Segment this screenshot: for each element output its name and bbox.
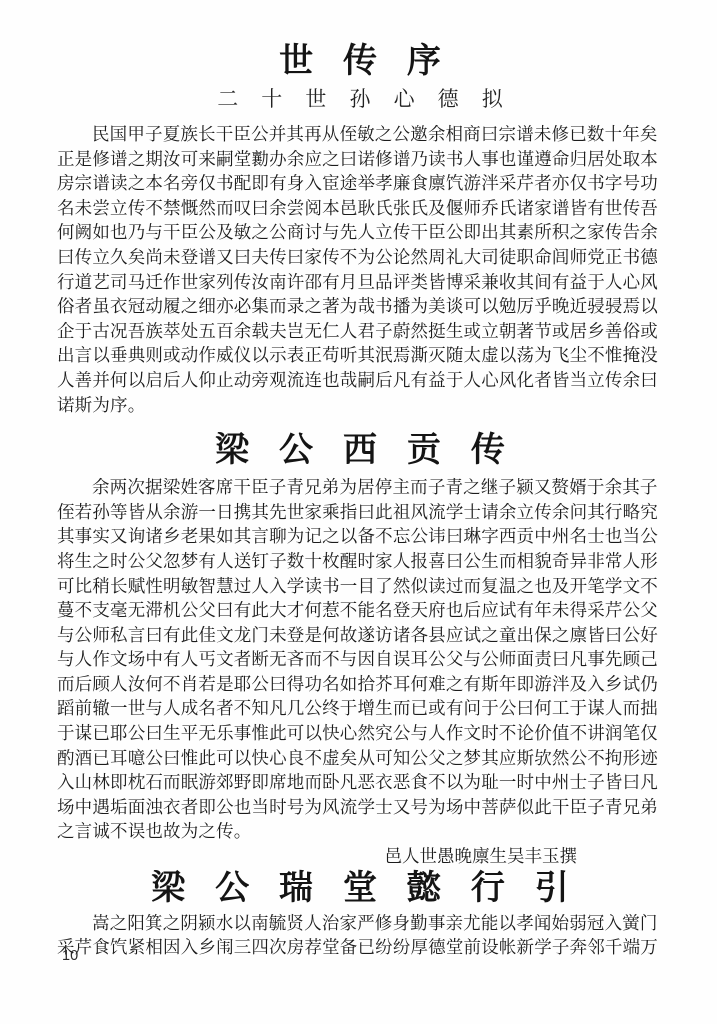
text-line: 何阙如也乃与干臣公及敏之公商讨与先人立传干臣公即出其素所积之家传告余 [57,220,663,245]
section-title-liang-gong-xi-gong-zhuan: 梁公西贡传 [57,431,663,469]
text-line: 将生之时公父忽梦有人送钉子数十枚醒时家人报喜曰公生而相貌奇异非常人形 [57,549,663,574]
text-line: 民国甲子夏族长干臣公并其再从侄敏之公邀余相商曰宗谱未修已数十年矣 [57,122,663,147]
text-line: 诺斯为序。 [57,393,663,418]
text-line: 侄若孙等皆从余游一日携其先世家乘指曰此祖风流学士请余立传余问其行略究 [57,500,663,525]
text-line: 与公师私言曰有此佳文龙门未登是何故遂访诸各县应试之童出保之廪皆曰公好 [57,623,663,648]
text-line: 采芹食饩紧相因入乡闱三四次房荐堂备已纷纷厚德堂前设帐新学子奔邻千端万 [57,935,663,960]
text-line: 蹈前辙一世与人成名者不知凡几公终于增生而已或有问于公曰何工于谋人而拙 [57,696,663,721]
section-liang-gong-rui-tang-yi-xing-yin: 梁公瑞堂懿行引 嵩之阳箕之阴颍水以南毓贤人治家严修身勤事亲尤能以孝闻始弱冠入黉门… [57,869,663,960]
section-liang-gong-xi-gong-zhuan: 梁公西贡传 余两次据梁姓客席干臣子青兄弟为居停主而子青之继子颍又赘婿于余其子侄若… [57,431,663,869]
text-line: 人善并何以启后人仰止动旁观流连也哉嗣后凡有益于人心风化者皆当立传余曰 [57,368,663,393]
section-shi-zhuan-xu: 世传序 二十世孙心德拟 民国甲子夏族长干臣公并其再从侄敏之公邀余相商曰宗谱未修已… [57,42,663,417]
text-line: 俗者虽衣冠动履之细亦必集而录之著为哉书播为美谈可以勉厉乎晚近骎骎焉以 [57,294,663,319]
section-title-liang-gong-rui-tang-yi-xing-yin: 梁公瑞堂懿行引 [57,869,663,907]
text-line: 余两次据梁姓客席干臣子青兄弟为居停主而子青之继子颍又赘婿于余其子 [57,475,663,500]
text-line: 企于古况吾族萃处五百余载夫岂无仁人君子蔚然挺生或立朝著节或居乡善俗或 [57,319,663,344]
scanned-page: 世传序 二十世孙心德拟 民国甲子夏族长干臣公并其再从侄敏之公邀余相商曰宗谱未修已… [0,0,717,1024]
text-line: 之言诚不误也故为之传。 [57,819,663,844]
section-body-shi-zhuan-xu: 民国甲子夏族长干臣公并其再从侄敏之公邀余相商曰宗谱未修已数十年矣正是修谱之期汝可… [57,122,663,417]
text-line: 可比稍长赋性明敏智慧过人入学读书一目了然似读过而复温之也及开笔学文不 [57,574,663,599]
text-line: 于谋已耶公曰生平无乐事惟此可以快心然究公与人作文时不论价值不讲润笔仅 [57,721,663,746]
page-number: 10 [62,948,78,964]
text-line: 与人作文场中有人丐文者断无吝而不与因自误耳公父与公师面责曰凡事先顾己 [57,647,663,672]
author-signature: 邑人世愚晚廪生吴丰玉撰 [57,844,663,869]
text-line: 蔓不支毫无滞机公父曰有此大才何惹不能名登天府也后应试有年未得采芹公父 [57,598,663,623]
text-line: 而后顾人汝何不肖若是耶公曰得功名如拾芥耳何难之有斯年即游泮及入乡试仍 [57,672,663,697]
text-line: 名未尝立传不禁慨然而叹曰余尝阅本邑耿氏张氏及偃师乔氏诸家谱皆有世传吾 [57,196,663,221]
text-line: 出言以垂典则或动作威仪以示表正苟听其泯焉澌灭随太虚以荡为飞尘不惟掩没 [57,343,663,368]
text-line: 行道艺司马迁作世家列传汝南许邵有月旦品评类皆博采兼收其间有益于人心风 [57,270,663,295]
text-line: 正是修谱之期汝可来嗣堂勷办余应之曰诺修谱乃读书人事也谨遵命归居处取本 [57,147,663,172]
text-line: 场中遇垢面浊衣者即公也当时号为风流学士又号为场中菩萨似此干臣子青兄弟 [57,795,663,820]
section-title-shi-zhuan-xu: 世传序 [57,42,663,80]
page-content: 世传序 二十世孙心德拟 民国甲子夏族长干臣公并其再从侄敏之公邀余相商曰宗谱未修已… [0,0,717,960]
section-body-liang-gong-xi-gong-zhuan: 余两次据梁姓客席干臣子青兄弟为居停主而子青之继子颍又赘婿于余其子侄若孙等皆从余游… [57,475,663,844]
section-body-liang-gong-rui-tang-yi-xing-yin: 嵩之阳箕之阴颍水以南毓贤人治家严修身勤事亲尤能以孝闻始弱冠入黉门采芹食饩紧相因入… [57,911,663,960]
text-line: 曰传立久矣尚未登谱又曰夫传曰家传不为公论然周礼大司徒职命闾师党正书德 [57,245,663,270]
text-line: 其事实又询诸乡老果如其言聊为记之以备不忘公讳曰琳字西贡中州名士也当公 [57,524,663,549]
section-subtitle-author: 二十世孙心德拟 [57,88,663,112]
text-line: 酌酒已耳噫公曰惟此可以快心良不虚矣从可知公父之梦其应斯欤然公不拘形迹 [57,746,663,771]
text-line: 嵩之阳箕之阴颍水以南毓贤人治家严修身勤事亲尤能以孝闻始弱冠入黉门 [57,911,663,936]
text-line: 入山林即枕石而眠游郊野即席地而卧凡恶衣恶食不以为耻一时中州士子皆曰凡 [57,770,663,795]
text-line: 房宗谱读之本名旁仅书配即有身入宦途举孝廉食廪饩游泮采芹者亦仅书字号功 [57,171,663,196]
